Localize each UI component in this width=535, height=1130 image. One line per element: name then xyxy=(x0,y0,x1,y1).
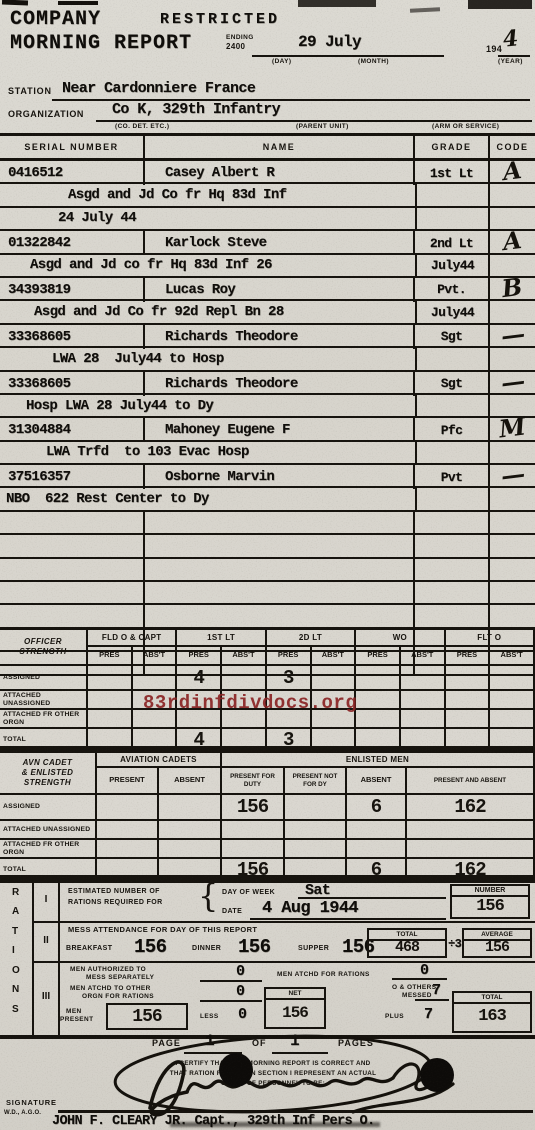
morning-report-document: COMPANY MORNING REPORT RESTRICTED ENDING… xyxy=(0,0,535,1130)
others-messed-label2: MESSED xyxy=(402,992,432,999)
roster-grade: Pvt. xyxy=(415,278,490,302)
roster-code: — xyxy=(490,372,535,396)
roster-name: Karlock Steve xyxy=(145,231,415,255)
roster-name xyxy=(145,512,415,533)
col-group-wo: WO xyxy=(356,630,445,647)
dinner-value: 156 xyxy=(238,936,270,958)
date-label: DATE xyxy=(222,908,242,915)
number-label: NUMBER xyxy=(452,886,528,897)
strength-cell xyxy=(356,691,401,710)
enlisted-strength-corner: AVN CADET & ENLISTED STRENGTH xyxy=(0,752,97,795)
roster-remark-row: Asgd and Jd co fr Hq 83d Inf 26July44 xyxy=(0,255,535,278)
strength-cell: 4 xyxy=(177,666,222,691)
organization-label: ORGANIZATION xyxy=(8,109,84,119)
form-title-line2: MORNING REPORT xyxy=(10,32,192,55)
roster-entry-row: 33368605Richards TheodoreSgt— xyxy=(0,372,535,395)
roster-name: Casey Albert R xyxy=(145,161,415,185)
men-present-label2: PRESENT xyxy=(60,1016,94,1023)
organization-value: Co K, 329th Infantry xyxy=(112,101,280,118)
roster-grade xyxy=(415,582,490,603)
atchd-other-underline xyxy=(200,1000,262,1002)
col-group-1st-lt: 1ST LT xyxy=(177,630,266,647)
roster-remark-row: Asgd and Jd Co fr Hq 83d Inf xyxy=(0,184,535,207)
strength-cell xyxy=(133,666,178,691)
roster-serial xyxy=(0,605,145,626)
strength-cell xyxy=(347,821,407,840)
subcol-abst: ABS'T xyxy=(222,647,267,666)
organization-underline xyxy=(96,120,532,122)
roster-entry-row: 34393819Lucas RoyPvt.B xyxy=(0,278,535,301)
officer-strength-corner: OFFICER STRENGTH xyxy=(0,630,88,666)
arm-service-label: (ARM OR SERVICE) xyxy=(432,123,499,130)
strength-cell xyxy=(159,795,222,821)
report-date-value: 29 July xyxy=(298,33,361,51)
subcol-pres: PRES xyxy=(88,647,133,666)
roster-entry-row: 01322842Karlock Steve2nd LtA xyxy=(0,231,535,254)
men-present-label1: MEN xyxy=(66,1008,82,1015)
rations-row-ii: II xyxy=(36,935,56,946)
less-label: LESS xyxy=(200,1013,219,1020)
roster-serial xyxy=(0,582,145,603)
subcol-pres: PRES xyxy=(356,647,401,666)
roster-name: Richards Theodore xyxy=(145,372,415,396)
remark-text: 24 July 44 xyxy=(0,208,415,229)
remark-grade xyxy=(415,395,490,416)
strength-cell xyxy=(159,821,222,840)
name-header: NAME xyxy=(145,136,415,158)
est-rations-label1: ESTIMATED NUMBER OF xyxy=(68,888,160,895)
col-group-enlisted-men: ENLISTED MEN xyxy=(222,752,535,768)
rations-letter: A xyxy=(12,906,19,917)
remark-text: NBO 622 Rest Center to Dy xyxy=(0,488,415,509)
roster-grade xyxy=(415,535,490,556)
scan-artifact xyxy=(298,0,376,7)
personnel-roster-table: SERIAL NUMBER NAME GRADE CODE 0416512Cas… xyxy=(0,133,535,676)
subcol-absent-em: ABSENT xyxy=(347,768,407,795)
subcol-absent: ABSENT xyxy=(159,768,222,795)
strength-cell xyxy=(407,821,535,840)
strength-cell xyxy=(446,710,491,729)
subcol-present: PRESENT xyxy=(97,768,159,795)
number-box: NUMBER 156 xyxy=(450,884,530,919)
roster-name: Osborne Marvin xyxy=(145,465,415,489)
year-underline xyxy=(498,55,530,57)
net-label: NET xyxy=(266,989,324,1000)
remark-grade xyxy=(415,184,490,205)
strength-cell xyxy=(285,840,347,859)
roster-serial: 34393819 xyxy=(0,278,145,302)
roster-code xyxy=(490,559,535,580)
form-title-line1: COMPANY xyxy=(10,8,101,31)
rations-row-i: I xyxy=(36,894,56,905)
mess-attendance-title: MESS ATTENDANCE FOR DAY OF THIS REPORT xyxy=(68,925,257,934)
atchd-other-value: 0 xyxy=(236,983,244,1000)
roster-grade: Sgt xyxy=(415,372,490,396)
rations-row-iii: III xyxy=(36,991,56,1002)
rations-divider xyxy=(58,881,60,1035)
roster-grade: Pfc xyxy=(415,418,490,442)
mess-sep-label2: MESS SEPARATELY xyxy=(86,974,154,981)
atchd-other-label2: ORGN FOR RATIONS xyxy=(82,993,154,1000)
roster-serial xyxy=(0,559,145,580)
roster-header-row: SERIAL NUMBER NAME GRADE CODE xyxy=(0,136,535,161)
roster-serial xyxy=(0,512,145,533)
average-box: AVERAGE 156 xyxy=(462,928,532,958)
strength-row-label: ATTACHED FR OTHER ORGN xyxy=(0,840,97,859)
roster-remark-row: 24 July 44 xyxy=(0,208,535,231)
remark-code xyxy=(490,488,535,509)
ration-date-underline xyxy=(250,918,446,920)
subcol-pres: PRES xyxy=(446,647,491,666)
scan-artifact xyxy=(468,0,532,9)
roster-code: — xyxy=(490,465,535,489)
roster-serial: 31304884 xyxy=(0,418,145,442)
roster-entry-row xyxy=(0,535,535,558)
enlisted-strength-table: AVN CADET & ENLISTED STRENGTH AVIATION C… xyxy=(0,749,535,878)
roster-code xyxy=(490,512,535,533)
mess-total-value: 468 xyxy=(369,941,445,954)
rations-letter: O xyxy=(12,965,20,976)
code-header: CODE xyxy=(490,136,535,158)
mess-sep-label1: MEN AUTHORIZED TO xyxy=(70,966,146,973)
rations-letter: I xyxy=(12,945,15,956)
roster-body: 0416512Casey Albert R1st LtAAsgd and Jd … xyxy=(0,161,535,676)
subcol-abst: ABS'T xyxy=(133,647,178,666)
strength-row-label: ATTACHED FR OTHER ORGN xyxy=(0,710,88,729)
month-label: (MONTH) xyxy=(358,58,389,65)
officer-strength-table: OFFICER STRENGTH FLD O & CAPT 1ST LT 2D … xyxy=(0,627,535,749)
strength-cell xyxy=(407,840,535,859)
co-det-label: (CO. DET. ETC.) xyxy=(115,123,169,130)
rations-total-label: TOTAL xyxy=(454,993,530,1004)
classification-stamp: RESTRICTED xyxy=(160,11,280,28)
atchd-for-rations-label: MEN ATCHD FOR RATIONS xyxy=(277,971,370,978)
strength-row-label: ATTACHED UNASSIGNED xyxy=(0,691,88,710)
strength-cell xyxy=(222,840,285,859)
roster-name: Lucas Roy xyxy=(145,278,415,302)
roster-name xyxy=(145,535,415,556)
strength-cell xyxy=(356,710,401,729)
strength-cell xyxy=(490,666,535,691)
rations-vertical-label: RATIONS xyxy=(0,881,32,1035)
roster-name xyxy=(145,582,415,603)
roster-serial: 37516357 xyxy=(0,465,145,489)
remark-grade xyxy=(415,488,490,509)
atchd-other-label1: MEN ATCHD TO OTHER xyxy=(70,985,151,992)
strength-cell xyxy=(222,821,285,840)
roster-entry-row xyxy=(0,582,535,605)
net-box: NET 156 xyxy=(264,987,326,1029)
strength-cell xyxy=(97,795,159,821)
punch-hole xyxy=(219,1053,253,1087)
remark-text: Hosp LWA 28 July44 to Dy xyxy=(0,395,415,416)
roster-serial: 01322842 xyxy=(0,231,145,255)
rations-row-divider xyxy=(32,921,535,923)
signature-label: SIGNATURE xyxy=(6,1098,57,1107)
net-value: 156 xyxy=(266,1000,324,1025)
roster-remark-row: NBO 622 Rest Center to Dy xyxy=(0,488,535,511)
roster-remark-row: LWA Trfd to 103 Evac Hosp xyxy=(0,442,535,465)
remark-grade xyxy=(415,442,490,463)
rations-section: RATIONS I II III ESTIMATED NUMBER OF RAT… xyxy=(0,878,535,1039)
ration-date-value: 4 Aug 1944 xyxy=(262,899,358,918)
roster-name xyxy=(145,605,415,626)
strength-row-label: ASSIGNED xyxy=(0,666,88,691)
roster-code: B xyxy=(490,278,535,302)
subcol-pres: PRES xyxy=(267,647,312,666)
remark-text: Asgd and Jd co fr Hq 83d Inf 26 xyxy=(0,255,415,276)
roster-grade xyxy=(415,605,490,626)
strength-cell xyxy=(347,840,407,859)
subcol-present-for-duty: PRESENT FOR DUTY xyxy=(222,768,285,795)
roster-code: — xyxy=(490,325,535,349)
col-group-flt-o: FLT O xyxy=(446,630,535,647)
strength-cell xyxy=(312,666,357,691)
roster-entry-row: 37516357Osborne MarvinPvt— xyxy=(0,465,535,488)
roster-code: A xyxy=(490,161,535,185)
remark-grade xyxy=(415,348,490,369)
strength-cell xyxy=(446,691,491,710)
divide-by-three: ÷3 xyxy=(448,937,461,951)
subcol-abst: ABS'T xyxy=(490,647,535,666)
grade-header: GRADE xyxy=(415,136,490,158)
serial-number-header: SERIAL NUMBER xyxy=(0,136,145,158)
strength-cell xyxy=(490,691,535,710)
date-underline xyxy=(252,55,444,57)
roster-entry-row: 33368605Richards TheodoreSgt— xyxy=(0,325,535,348)
men-present-value: 156 xyxy=(108,1005,186,1028)
plus-label: PLUS xyxy=(385,1013,404,1020)
roster-code xyxy=(490,582,535,603)
roster-serial xyxy=(0,535,145,556)
form-reference: W.D., A.G.O. xyxy=(4,1110,41,1116)
day-label: (DAY) xyxy=(272,58,291,65)
atchd-for-rations-value: 0 xyxy=(420,962,428,979)
brace-glyph: { xyxy=(198,877,218,915)
subcol-abst: ABS'T xyxy=(312,647,357,666)
col-group-aviation-cadets: AVIATION CADETS xyxy=(97,752,222,768)
strength-row-label: ATTACHED UNASSIGNED xyxy=(0,821,97,840)
roster-grade xyxy=(415,512,490,533)
strength-cell xyxy=(490,710,535,729)
others-messed-label1: O & OTHERS xyxy=(392,984,436,991)
subcol-present-not-for-dy: PRESENT NOT FOR DY xyxy=(285,768,347,795)
roster-code: M xyxy=(490,418,535,442)
remark-text: LWA 28 July44 to Hosp xyxy=(0,348,415,369)
roster-remark-row: LWA 28 July44 to Hosp xyxy=(0,348,535,371)
roster-code: A xyxy=(490,231,535,255)
roster-serial: 0416512 xyxy=(0,161,145,185)
roster-entry-row: 31304884Mahoney Eugene FPfcM xyxy=(0,418,535,441)
roster-entry-row xyxy=(0,559,535,582)
plus-value: 7 xyxy=(424,1006,432,1023)
rations-total-value: 163 xyxy=(454,1004,530,1029)
roster-entry-row: 0416512Casey Albert R1st LtA xyxy=(0,161,535,184)
remark-grade xyxy=(415,208,490,229)
breakfast-value: 156 xyxy=(134,936,166,958)
strength-cell xyxy=(446,666,491,691)
year-printed: 194 xyxy=(486,44,502,54)
rations-letter: T xyxy=(12,926,18,937)
rations-row-divider xyxy=(32,961,535,963)
website-watermark: 83rdinfdivdocs.org xyxy=(143,692,357,714)
scan-artifact xyxy=(58,1,98,5)
ending-label: ENDING xyxy=(226,34,254,41)
supper-label: SUPPER xyxy=(298,945,329,952)
strength-cell xyxy=(97,821,159,840)
strength-cell: 162 xyxy=(407,795,535,821)
number-value: 156 xyxy=(452,897,528,915)
roster-remark-row: Hosp LWA 28 July44 to Dy xyxy=(0,395,535,418)
roster-code xyxy=(490,535,535,556)
strength-cell xyxy=(88,710,133,729)
year-handwritten: 4 xyxy=(502,25,520,52)
col-group-2d-lt: 2D LT xyxy=(267,630,356,647)
remark-code xyxy=(490,184,535,205)
roster-grade xyxy=(415,559,490,580)
remark-text: LWA Trfd to 103 Evac Hosp xyxy=(0,442,415,463)
mess-sep-underline xyxy=(200,980,262,982)
less-value: 0 xyxy=(238,1006,246,1023)
strength-cell xyxy=(401,666,446,691)
ending-time: 2400 xyxy=(226,42,245,51)
strength-cell: 6 xyxy=(347,795,407,821)
atchd-underline xyxy=(392,978,447,980)
roster-grade: Pvt xyxy=(415,465,490,489)
signature-scribble xyxy=(95,1026,465,1128)
mess-total-box: TOTAL 468 xyxy=(367,928,447,958)
strength-cell xyxy=(285,795,347,821)
punch-hole xyxy=(420,1058,454,1092)
strength-row-label: ASSIGNED xyxy=(0,795,97,821)
mess-sep-value: 0 xyxy=(236,963,244,980)
parent-unit-label: (PARENT UNIT) xyxy=(296,123,349,130)
remark-grade: July44 xyxy=(415,301,490,322)
station-value: Near Cardonniere France xyxy=(62,80,255,97)
strength-cell xyxy=(356,666,401,691)
roster-entry-row xyxy=(0,512,535,535)
subcol-abst: ABS'T xyxy=(401,647,446,666)
strength-cell xyxy=(159,840,222,859)
roster-remark-row: Asgd and Jd Co fr 92d Repl Bn 28July44 xyxy=(0,301,535,324)
roster-name: Richards Theodore xyxy=(145,325,415,349)
col-group-fldo-capt: FLD O & CAPT xyxy=(88,630,177,647)
roster-grade: 1st Lt xyxy=(415,161,490,185)
dinner-label: DINNER xyxy=(192,945,221,952)
est-rations-label2: RATIONS REQUIRED FOR xyxy=(68,899,163,906)
subcol-pres: PRES xyxy=(177,647,222,666)
rations-divider xyxy=(32,881,34,1035)
roster-entry-row xyxy=(0,605,535,628)
rations-letter: R xyxy=(12,887,19,898)
day-of-week-label: DAY OF WEEK xyxy=(222,889,275,896)
breakfast-label: BREAKFAST xyxy=(66,945,112,952)
rations-letter: N xyxy=(12,984,19,995)
station-label: STATION xyxy=(8,86,52,96)
roster-grade: Sgt xyxy=(415,325,490,349)
others-messed-value: 7 xyxy=(432,982,440,999)
strength-cell xyxy=(285,821,347,840)
remark-grade: July44 xyxy=(415,255,490,276)
roster-grade: 2nd Lt xyxy=(415,231,490,255)
roster-name xyxy=(145,559,415,580)
roster-name: Mahoney Eugene F xyxy=(145,418,415,442)
strength-cell xyxy=(88,666,133,691)
strength-cell: 156 xyxy=(222,795,285,821)
strength-cell: 3 xyxy=(267,666,312,691)
roster-serial: 33368605 xyxy=(0,372,145,396)
scan-artifact xyxy=(2,0,28,5)
others-messed-underline xyxy=(415,999,449,1001)
roster-code xyxy=(490,605,535,626)
year-label: (YEAR) xyxy=(498,58,523,65)
strength-cell xyxy=(401,691,446,710)
scan-artifact xyxy=(410,7,440,13)
average-value: 156 xyxy=(464,941,530,954)
remark-text: Asgd and Jd Co fr Hq 83d Inf xyxy=(0,184,415,205)
roster-serial: 33368605 xyxy=(0,325,145,349)
remark-text: Asgd and Jd Co fr 92d Repl Bn 28 xyxy=(0,301,415,322)
subcol-present-and-absent: PRESENT AND ABSENT xyxy=(407,768,535,795)
rations-letter: S xyxy=(12,1004,19,1015)
strength-cell xyxy=(88,691,133,710)
strength-cell xyxy=(401,710,446,729)
strength-cell xyxy=(222,666,267,691)
strength-cell xyxy=(97,840,159,859)
